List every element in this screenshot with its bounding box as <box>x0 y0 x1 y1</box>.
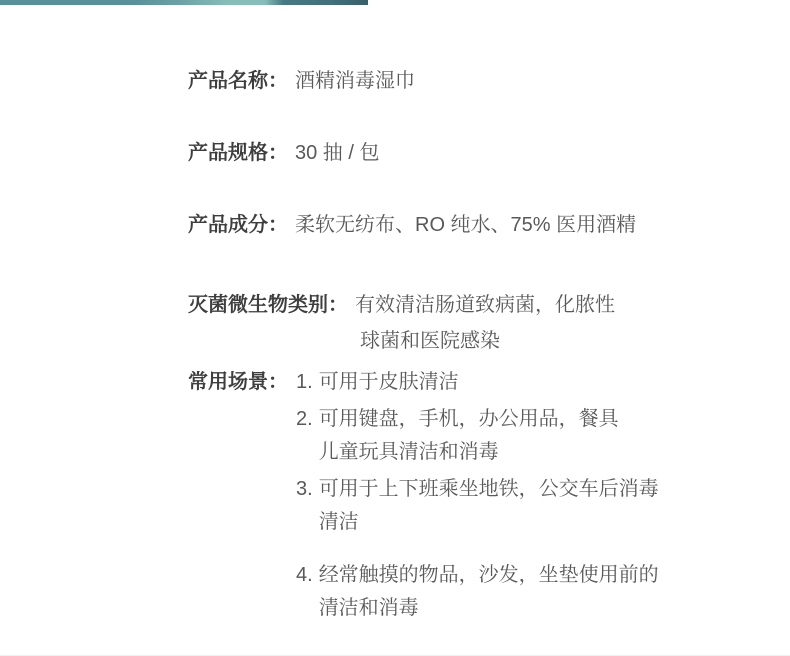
usage-item-1-line-1: 可用于皮肤清洁 <box>319 366 459 399</box>
usage-item-3-line-2: 清洁 <box>319 506 659 539</box>
product-name-label: 产品名称： <box>188 68 288 94</box>
usage-item-4-line-1: 经常触摸的物品，沙发，坐垫使用前的 <box>319 559 659 592</box>
usage-scenarios-row: 常用场景： 1. 可用于皮肤清洁 2. 可用键盘，手机，办公用品，餐具 儿童玩具… <box>188 366 659 629</box>
product-ingredients-row: 产品成分： 柔软无纺布、RO 纯水、75% 医用酒精 <box>188 212 636 238</box>
usage-item-4: 4. 经常触摸的物品，沙发，坐垫使用前的 清洁和消毒 <box>296 559 659 625</box>
usage-item-1-number: 1. <box>296 366 313 399</box>
product-spec-value: 30 抽 / 包 <box>295 140 379 166</box>
sterilization-category-row: 灭菌微生物类别： 有效清洁肠道致病菌，化脓性 球菌和医院感染 <box>188 287 615 359</box>
usage-item-4-text: 经常触摸的物品，沙发，坐垫使用前的 清洁和消毒 <box>319 559 659 625</box>
product-name-row: 产品名称： 酒精消毒湿巾 <box>188 68 415 94</box>
top-decorative-band <box>0 0 368 5</box>
usage-item-2-line-1: 可用键盘，手机，办公用品，餐具 <box>319 403 619 436</box>
usage-item-2-text: 可用键盘，手机，办公用品，餐具 儿童玩具清洁和消毒 <box>319 403 619 469</box>
product-spec-row: 产品规格： 30 抽 / 包 <box>188 140 379 166</box>
product-spec-label: 产品规格： <box>188 140 288 166</box>
usage-scenarios-label: 常用场景： <box>188 366 288 399</box>
usage-item-2-line-2: 儿童玩具清洁和消毒 <box>319 436 619 469</box>
sterilization-category-label: 灭菌微生物类别： <box>188 287 348 323</box>
usage-item-3-text: 可用于上下班乘坐地铁，公交车后消毒 清洁 <box>319 473 659 539</box>
usage-item-2-number: 2. <box>296 403 313 436</box>
usage-item-2: 2. 可用键盘，手机，办公用品，餐具 儿童玩具清洁和消毒 <box>296 403 659 469</box>
usage-scenarios-list: 1. 可用于皮肤清洁 2. 可用键盘，手机，办公用品，餐具 儿童玩具清洁和消毒 … <box>296 366 659 629</box>
usage-item-1: 1. 可用于皮肤清洁 <box>296 366 659 399</box>
usage-item-4-number: 4. <box>296 559 313 592</box>
sterilization-line-2: 球菌和医院感染 <box>355 323 615 359</box>
product-detail-page: 产品名称： 酒精消毒湿巾 产品规格： 30 抽 / 包 产品成分： 柔软无纺布、… <box>0 0 790 656</box>
sterilization-line-1: 有效清洁肠道致病菌，化脓性 <box>355 287 615 323</box>
product-ingredients-value: 柔软无纺布、RO 纯水、75% 医用酒精 <box>295 212 636 238</box>
usage-item-1-text: 可用于皮肤清洁 <box>319 366 459 399</box>
product-name-value: 酒精消毒湿巾 <box>295 68 415 94</box>
usage-item-3: 3. 可用于上下班乘坐地铁，公交车后消毒 清洁 <box>296 473 659 539</box>
usage-item-3-number: 3. <box>296 473 313 506</box>
usage-item-3-line-1: 可用于上下班乘坐地铁，公交车后消毒 <box>319 473 659 506</box>
sterilization-category-value: 有效清洁肠道致病菌，化脓性 球菌和医院感染 <box>355 287 615 359</box>
usage-item-4-line-2: 清洁和消毒 <box>319 592 659 625</box>
product-ingredients-label: 产品成分： <box>188 212 288 238</box>
